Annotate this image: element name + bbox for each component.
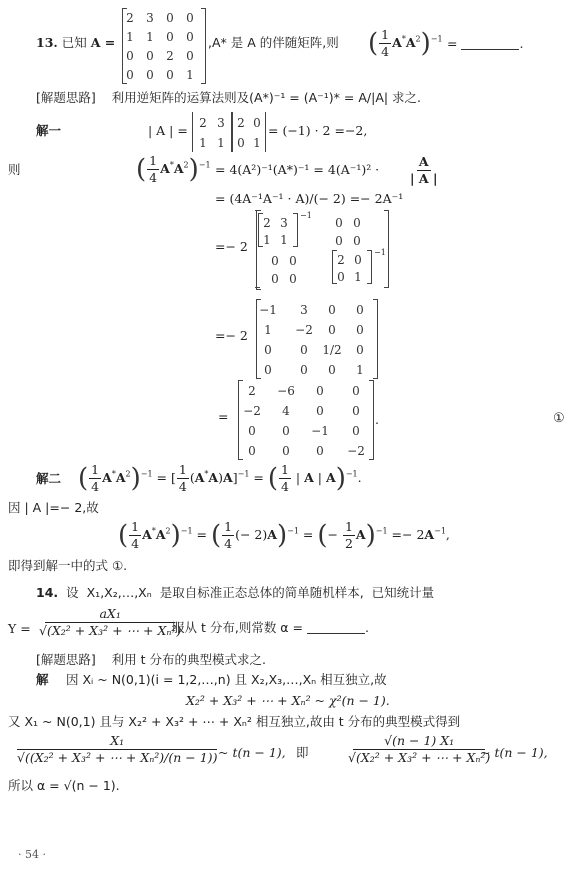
matrix-cell: 4 <box>275 404 297 418</box>
sol2-conclusion: 即得到解一中的式 ①. <box>8 560 127 573</box>
sol2-line1: (14A*A2)−1 = [14(A*A)A]−1 = (14 | A | A)… <box>78 463 362 494</box>
matrix-cell: 0 <box>293 343 315 357</box>
matrix-cell: 0 <box>345 424 367 438</box>
period: . <box>365 620 369 635</box>
stem-text: ,A* 是 A 的伴随矩阵,则 <box>208 35 339 50</box>
frac-den: √((X₂² + X₃² + ⋯ + Xₙ²)/(n − 1)) <box>17 750 217 765</box>
det-cell: 2 <box>195 116 211 130</box>
matrix-cell: 0 <box>119 49 141 63</box>
q13-stem-mid: ,A* 是 A 的伴随矩阵,则 <box>208 37 339 50</box>
q14-stem-line1: 14. 设 X₁,X₂,…,Xₙ 是取自标准正态总体的简单随机样本, 已知统计量 <box>36 587 434 600</box>
solution-label: 解 <box>36 674 49 687</box>
matrix-cell: −6 <box>275 384 297 398</box>
matrix-cell: 0 <box>275 424 297 438</box>
inverse-superscript: −1 <box>300 212 312 220</box>
matrix-cell: 0 <box>349 343 371 357</box>
frac-den: | A | <box>410 171 438 186</box>
determinant-1: 2 3 1 1 <box>192 112 232 152</box>
matrix-cell: 1 <box>179 68 201 82</box>
matrix-cell: 0 <box>321 323 343 337</box>
matrix-cell: 0 <box>257 363 279 377</box>
sol1-line4-prefix: =− 2 <box>215 330 248 343</box>
frac-num: X₁ <box>17 734 217 750</box>
solution-label: 解二 <box>36 473 61 486</box>
matrix-cell: −1 <box>257 303 279 317</box>
det-lhs: | A | = <box>148 125 188 138</box>
matrix-cell: −2 <box>345 444 367 458</box>
matrix-cell: 0 <box>309 404 331 418</box>
sol1-line1-lhs: (14A*A2)−1 <box>136 154 211 185</box>
q14-hint: [解题思路] 利用 t 分布的典型模式求之. <box>36 654 266 667</box>
q14-sol-line1: 因 Xᵢ ~ N(0,1)(i = 1,2,…,n) 且 X₂,X₃,…,Xₙ … <box>66 674 387 687</box>
question-number: 14. <box>36 585 58 600</box>
matrix-cell: 0 <box>241 424 263 438</box>
matrix-cell: 0 <box>241 444 263 458</box>
answer-blank <box>307 633 365 634</box>
matrix-cell: 3 <box>273 216 295 230</box>
frac-den: √(X₂² + X₃² + ⋯ + Xₙ²) <box>348 750 490 765</box>
matrix-cell: 0 <box>159 68 181 82</box>
hint-label: [解题思路] <box>36 652 96 667</box>
stem-text: 设 X₁,X₂,…,Xₙ 是取自标准正态总体的简单随机样本, 已知统计量 <box>66 585 434 600</box>
sol1-line2: = (4A⁻¹A⁻¹ · A)/(− 2) =− 2A⁻¹ <box>215 193 403 206</box>
frac-num: √(n − 1) X₁ <box>353 734 485 750</box>
distribution-text: ~ t(n − 1), <box>218 747 286 760</box>
ie-label: 即 <box>296 747 309 760</box>
matrix-cell: 1 <box>349 363 371 377</box>
matrix-mid: −1 3 0 0 1 −2 0 0 0 0 1/2 0 0 0 0 1 <box>256 299 378 379</box>
then-label: 则 <box>8 164 21 177</box>
matrix-cell: 1/2 <box>321 343 343 357</box>
sol2-line2: (14A*A2)−1 = (14(− 2)A)−1 = (− 12A)−1 =−… <box>118 520 450 551</box>
inverse-superscript: −1 <box>374 249 386 257</box>
matrix-cell: 0 <box>282 254 304 268</box>
matrix-cell: 0 <box>139 68 161 82</box>
frac-den: √(X₂² + X₃² + ⋯ + Xₙ²) <box>39 623 181 638</box>
matrix-cell: 1 <box>347 270 369 284</box>
q14-conclusion: 所以 α = √(n − 1). <box>8 780 120 793</box>
det-cell: 0 <box>249 116 265 130</box>
matrix-cell: 0 <box>346 216 368 230</box>
q14-sol-line3: 又 X₁ ~ N(0,1) 且与 X₂² + X₃² + ⋯ + Xₙ² 相互独… <box>8 716 460 729</box>
hint-text: 利用 t 分布的典型模式求之. <box>112 652 266 667</box>
question-number: 13. <box>36 35 58 50</box>
matrix-cell: −2 <box>241 404 263 418</box>
equation-text: = 4(A²)⁻¹(A*)⁻¹ = 4(A⁻¹)² · <box>215 162 379 177</box>
matrix-cell: 0 <box>159 11 181 25</box>
because-line: 因 | A |=− 2,故 <box>8 502 99 515</box>
q13-answer-blank: = . <box>447 38 523 51</box>
matrix-cell: 0 <box>119 68 141 82</box>
matrix-cell: 0 <box>346 234 368 248</box>
matrix-cell: 1 <box>119 30 141 44</box>
matrix-label: A = <box>91 35 116 50</box>
frac-num: aX₁ <box>45 607 175 623</box>
det-cell: 1 <box>213 136 229 150</box>
equals-sign: = <box>447 36 457 51</box>
equation-marker: ① <box>553 412 565 425</box>
matrix-result: 2 −6 0 0 −2 4 0 0 0 0 −1 0 0 0 0 −2 <box>238 380 374 460</box>
block-matrix: 2 3 1 1 −1 0 0 0 0 0 0 0 0 2 0 0 1 −1 <box>256 210 389 288</box>
q14-stem-line2: 服从 t 分布,则常数 α = . <box>172 622 369 635</box>
matrix-cell: 1 <box>273 233 295 247</box>
solution-label: 解一 <box>36 125 61 138</box>
hint-text: 利用逆矩阵的运算法则及(A*)⁻¹ = (A⁻¹)* = A/|A| 求之. <box>112 90 421 105</box>
block-top-left: 2 3 1 1 <box>258 213 298 247</box>
matrix-cell: 0 <box>179 49 201 63</box>
sol1-line1-fraction: A| A | <box>409 155 439 186</box>
matrix-cell: 2 <box>159 49 181 63</box>
matrix-cell: 0 <box>345 384 367 398</box>
matrix-cell: 0 <box>321 363 343 377</box>
matrix-cell: 1 <box>257 323 279 337</box>
stem-text: 已知 <box>62 35 87 50</box>
period: . <box>375 414 379 427</box>
matrix-cell: 0 <box>309 444 331 458</box>
matrix-cell: 3 <box>139 11 161 25</box>
determinant-2: 2 0 0 1 <box>232 112 266 152</box>
q13-expression: (14A*A2)−1 <box>368 28 443 59</box>
stem-text: 服从 t 分布,则常数 α = <box>172 620 303 635</box>
matrix-cell: 0 <box>349 303 371 317</box>
matrix-cell: −2 <box>293 323 315 337</box>
matrix-cell: 0 <box>275 444 297 458</box>
matrix-cell: 0 <box>347 253 369 267</box>
matrix-cell: 1 <box>139 30 161 44</box>
matrix-cell: 0 <box>257 343 279 357</box>
q13-hint: [解题思路] 利用逆矩阵的运算法则及(A*)⁻¹ = (A⁻¹)* = A/|A… <box>36 92 421 105</box>
matrix-cell: 2 <box>119 11 141 25</box>
period: . <box>519 36 523 51</box>
matrix-cell: 0 <box>345 404 367 418</box>
matrix-cell: 0 <box>349 323 371 337</box>
matrix-cell: 2 <box>241 384 263 398</box>
q13-stem-prefix: 13. 已知 A = <box>36 37 115 50</box>
matrix-cell: 0 <box>321 303 343 317</box>
hint-label: [解题思路] <box>36 90 96 105</box>
frac-num: A <box>417 155 431 171</box>
det-cell: 1 <box>195 136 211 150</box>
det-cell: 1 <box>249 136 265 150</box>
block-left-bracket <box>256 210 261 290</box>
matrix-cell: 0 <box>159 30 181 44</box>
matrix-A: 2 3 0 0 1 1 0 0 0 0 2 0 0 0 0 1 <box>122 8 206 84</box>
det-cell: 3 <box>213 116 229 130</box>
block-bottom-right: 2 0 0 1 <box>332 250 372 284</box>
matrix-cell: 0 <box>282 272 304 286</box>
matrix-cell: 0 <box>179 30 201 44</box>
matrix-cell: 3 <box>293 303 315 317</box>
sol1-line3-prefix: =− 2 <box>215 241 248 254</box>
q14-frac2: √(n − 1) X₁√(X₂² + X₃² + ⋯ + Xₙ²) <box>347 734 491 765</box>
matrix-cell: 0 <box>293 363 315 377</box>
q14-frac1: X₁√((X₂² + X₃² + ⋯ + Xₙ²)/(n − 1)) <box>16 734 218 765</box>
matrix-cell: −1 <box>309 424 331 438</box>
y-lhs: Y = <box>8 623 31 636</box>
y-fraction: aX₁√(X₂² + X₃² + ⋯ + Xₙ²) <box>38 607 182 638</box>
sol1-line1-rhs: = 4(A²)⁻¹(A*)⁻¹ = 4(A⁻¹)² · <box>215 164 379 177</box>
distribution-text: ~ t(n − 1), <box>480 747 548 760</box>
det-cell: 2 <box>233 116 249 130</box>
page-number: · 54 · <box>18 849 46 860</box>
det-rhs: = (−1) · 2 =−2, <box>268 125 367 138</box>
sol1-line5-prefix: = <box>218 411 228 424</box>
matrix-cell: 0 <box>309 384 331 398</box>
q14-sol-line2: X₂² + X₃² + ⋯ + Xₙ² ~ χ²(n − 1). <box>186 695 390 708</box>
matrix-cell: 0 <box>139 49 161 63</box>
det-cell: 0 <box>233 136 249 150</box>
answer-blank <box>461 49 519 50</box>
matrix-cell: 0 <box>179 11 201 25</box>
